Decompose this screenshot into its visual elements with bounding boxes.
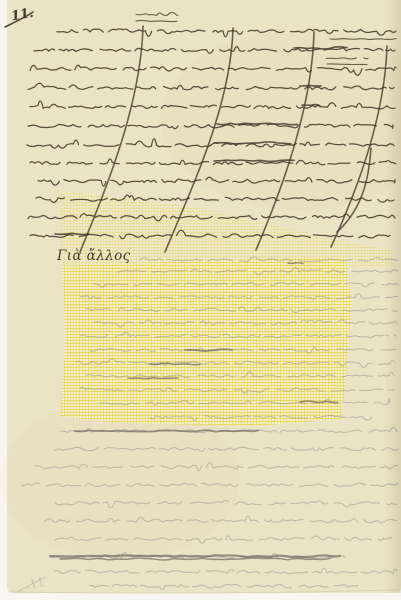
mirrored-page-number: 11.: [25, 575, 46, 592]
bleed-dark-mark: [288, 263, 303, 264]
mirrored-page-number-group: 11.: [25, 575, 46, 592]
manuscript-scan: 11. Γιὰ ἄλλος 11.: [0, 0, 401, 600]
strikethrough-stroke: [217, 123, 297, 124]
bleed-dark-mark: [128, 378, 178, 379]
section-heading: Γιὰ ἄλλος: [56, 248, 131, 264]
paper-edge-shading: [384, 0, 401, 593]
manuscript-svg: 11. Γιὰ ἄλλος 11.: [0, 0, 401, 600]
